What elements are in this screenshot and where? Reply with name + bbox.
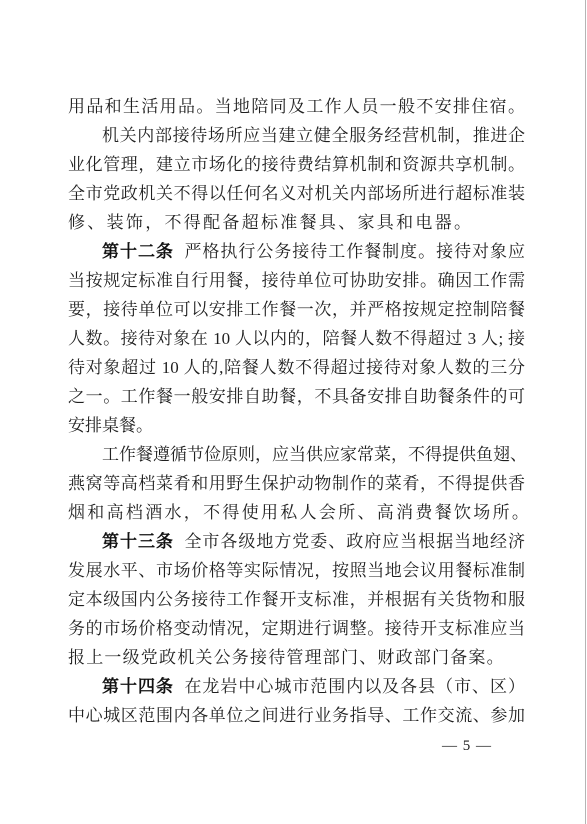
line-text: 严格执行公务接待工作餐制度。接待对象应 <box>184 242 525 261</box>
text-line: 务的市场价格变动情况，定期进行调整。接待开支标准应当 <box>68 614 525 643</box>
text-line: 第十三条全市各级地方党委、政府应当根据当地经济 <box>68 527 525 556</box>
text-line: 全市党政机关不得以任何名义对机关内部场所进行超标准装 <box>68 179 525 208</box>
line-text: 工作餐遵循节俭原则，应当供应家常菜，不得提供鱼翅、 <box>102 445 527 464</box>
line-text: 安排桌餐。 <box>68 416 153 435</box>
text-line: 人数。接待对象在 10 人以内的，陪餐人数不得超过 3 人; 接 <box>68 324 525 353</box>
text-line: 燕窝等高档菜肴和用野生保护动物制作的菜肴，不得提供香 <box>68 469 525 498</box>
article-number: 第十二条 <box>102 242 174 261</box>
text-line: 第十四条在龙岩中心城市范围内以及各县（市、区） <box>68 672 525 701</box>
line-text: 要，接待单位可以安排工作餐一次，并严格按规定控制陪餐 <box>68 300 525 319</box>
text-line: 报上一级党政机关公务接待管理部门、财政部门备案。 <box>68 643 525 672</box>
text-line: 业化管理，建立市场化的接待费结算机制和资源共享机制。 <box>68 150 525 179</box>
page-number: — 5 — <box>442 736 492 756</box>
scan-edge-line <box>585 0 587 824</box>
text-line: 机关内部接待场所应当建立健全服务经营机制，推进企 <box>68 121 525 150</box>
line-text: 修、装饰，不得配备超标准餐具、家具和电器。 <box>68 213 473 232</box>
line-text: 用品和生活用品。当地陪同及工作人员一般不安排住宿。 <box>68 97 525 116</box>
text-line: 工作餐遵循节俭原则，应当供应家常菜，不得提供鱼翅、 <box>68 440 525 469</box>
line-text: 报上一级党政机关公务接待管理部门、财政部门备案。 <box>68 648 505 667</box>
line-text: 发展水平、市场价格等实际情况，按照当地会议用餐标准制 <box>68 561 525 580</box>
document-page: 用品和生活用品。当地陪同及工作人员一般不安排住宿。 机关内部接待场所应当建立健全… <box>0 0 587 824</box>
line-text: 业化管理，建立市场化的接待费结算机制和资源共享机制。 <box>68 155 525 174</box>
line-text: 烟和高档酒水，不得使用私人会所、高消费餐饮场所。 <box>68 503 531 522</box>
document-text-block: 用品和生活用品。当地陪同及工作人员一般不安排住宿。 机关内部接待场所应当建立健全… <box>68 92 525 730</box>
line-text: 务的市场价格变动情况，定期进行调整。接待开支标准应当 <box>68 619 525 638</box>
line-text: 燕窝等高档菜肴和用野生保护动物制作的菜肴，不得提供香 <box>68 474 525 493</box>
text-line: 要，接待单位可以安排工作餐一次，并严格按规定控制陪餐 <box>68 295 525 324</box>
text-line: 用品和生活用品。当地陪同及工作人员一般不安排住宿。 <box>68 92 525 121</box>
article-number: 第十三条 <box>102 532 174 551</box>
line-text: 全市党政机关不得以任何名义对机关内部场所进行超标准装 <box>68 184 525 203</box>
text-line: 之一。工作餐一般安排自助餐，不具备安排自助餐条件的可 <box>68 382 525 411</box>
line-text: 机关内部接待场所应当建立健全服务经营机制，推进企 <box>102 126 525 145</box>
text-line: 烟和高档酒水，不得使用私人会所、高消费餐饮场所。 <box>68 498 525 527</box>
text-line: 待对象超过 10 人的,陪餐人数不得超过接待对象人数的三分 <box>68 353 525 382</box>
line-text: 全市各级地方党委、政府应当根据当地经济 <box>184 532 525 551</box>
line-text: 当按规定标准自行用餐，接待单位可协助安排。确因工作需 <box>68 271 525 290</box>
line-text: 之一。工作餐一般安排自助餐，不具备安排自助餐条件的可 <box>68 387 525 406</box>
line-text: 人数。接待对象在 10 人以内的，陪餐人数不得超过 3 人; 接 <box>68 329 525 348</box>
line-text: 在龙岩中心城市范围内以及各县（市、区） <box>184 677 525 696</box>
text-line: 定本级国内公务接待工作餐开支标准，并根据有关货物和服 <box>68 585 525 614</box>
article-number: 第十四条 <box>102 677 174 696</box>
text-line: 发展水平、市场价格等实际情况，按照当地会议用餐标准制 <box>68 556 525 585</box>
text-line: 中心城区范围内各单位之间进行业务指导、工作交流、参加 <box>68 701 525 730</box>
text-line: 安排桌餐。 <box>68 411 525 440</box>
text-line: 当按规定标准自行用餐，接待单位可协助安排。确因工作需 <box>68 266 525 295</box>
line-text: 中心城区范围内各单位之间进行业务指导、工作交流、参加 <box>68 706 525 725</box>
line-text: 待对象超过 10 人的,陪餐人数不得超过接待对象人数的三分 <box>68 358 525 377</box>
line-text: 定本级国内公务接待工作餐开支标准，并根据有关货物和服 <box>68 590 525 609</box>
text-line: 第十二条严格执行公务接待工作餐制度。接待对象应 <box>68 237 525 266</box>
text-line: 修、装饰，不得配备超标准餐具、家具和电器。 <box>68 208 525 237</box>
